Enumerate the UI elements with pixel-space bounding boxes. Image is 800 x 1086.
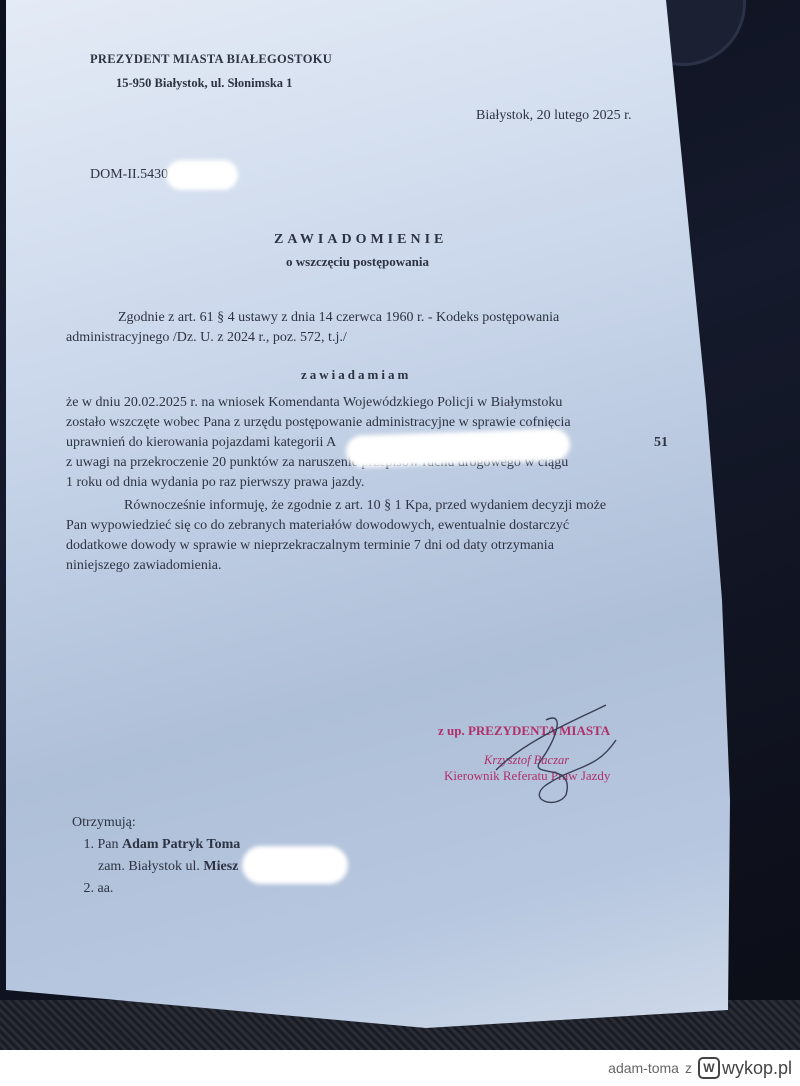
issuer-name: PREZYDENT MIASTA BIAŁEGOSTOKU	[90, 52, 332, 67]
site-name: wykop.pl	[722, 1058, 792, 1079]
redaction-mark	[166, 160, 238, 190]
watermark-connector: z	[685, 1060, 692, 1076]
text-line: Zgodnie z art. 61 § 4 ustawy z dnia 14 c…	[66, 308, 559, 328]
source-watermark: adam-toma z W wykop.pl	[608, 1057, 792, 1079]
text-line: 1 roku od dnia wydania po raz pierwszy p…	[66, 473, 571, 493]
reference-number: DOM-II.5430	[90, 167, 168, 183]
text-line: administracyjnego /Dz. U. z 2024 r., poz…	[66, 328, 559, 348]
text-line: że w dniu 20.02.2025 r. na wniosek Komen…	[66, 393, 571, 413]
text-line: Równocześnie informuję, że zgodnie z art…	[66, 496, 606, 516]
recipient-address: zam. Białystok ul. Miesz	[72, 856, 240, 878]
recipient-name: Adam Patryk Toma	[122, 837, 240, 852]
recipients-heading: Otrzymują:	[72, 812, 240, 834]
author-name: adam-toma	[608, 1060, 679, 1076]
handwritten-signature	[486, 700, 626, 810]
letter-content: PREZYDENT MIASTA BIAŁEGOSTOKU 15-950 Bia…	[6, 0, 730, 1028]
place-date: Białystok, 20 lutego 2025 r.	[476, 108, 632, 124]
redaction-mark	[242, 846, 348, 884]
text-line: niniejszego zawiadomienia.	[66, 556, 606, 576]
text-line: dodatkowe dowody w sprawie w nieprzekrac…	[66, 536, 606, 556]
photo-background: 3 5 PREZYDENT MIASTA BIAŁEGOSTOKU 15-950…	[0, 0, 800, 1050]
document-subtitle: o wszczęciu postępowania	[286, 254, 429, 270]
recipient-item: 2. aa.	[72, 878, 240, 900]
document-title: ZAWIADOMIENIE	[274, 232, 447, 248]
wykop-logo-icon: W	[698, 1057, 720, 1079]
recipients-list: Otrzymują: 1. Pan Adam Patryk Toma zam. …	[72, 812, 240, 900]
text-line: Pan wypowiedzieć się co do zebranych mat…	[66, 516, 606, 536]
issuer-address: 15-950 Białystok, ul. Słonimska 1	[116, 76, 292, 91]
information-paragraph: Równocześnie informuję, że zgodnie z art…	[66, 496, 606, 576]
text-line-part: uprawnień do kierowania pojazdami katego…	[66, 435, 336, 450]
recipient-item: 1. Pan Adam Patryk Toma	[72, 834, 240, 856]
letter-paper: PREZYDENT MIASTA BIAŁEGOSTOKU 15-950 Bia…	[6, 0, 730, 1028]
legal-basis-paragraph: Zgodnie z art. 61 § 4 ustawy z dnia 14 c…	[66, 308, 559, 348]
notice-word: zawiadamiam	[301, 367, 411, 383]
text-line-tail: 51	[654, 433, 668, 453]
wykop-logo[interactable]: W wykop.pl	[698, 1057, 792, 1079]
